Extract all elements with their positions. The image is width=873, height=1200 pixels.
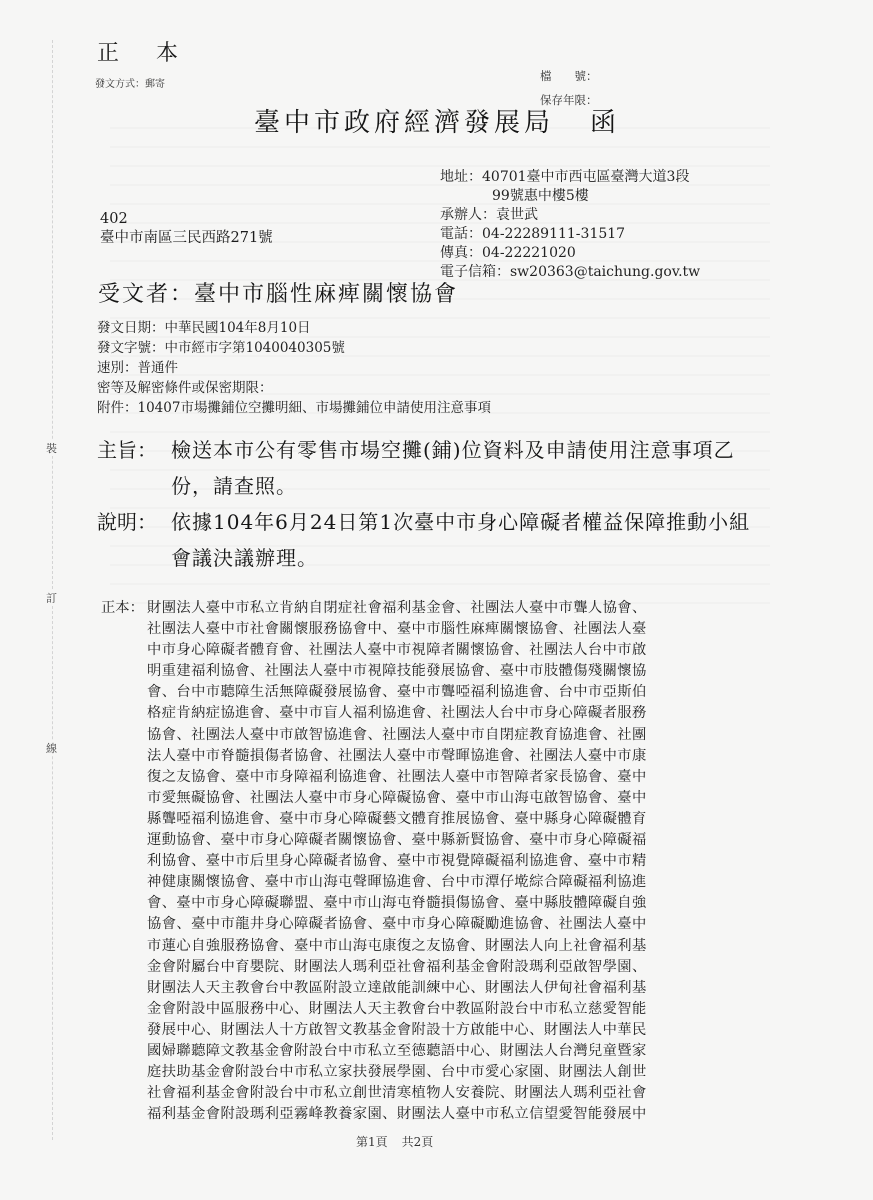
- binding-char-xian: 線: [46, 740, 57, 756]
- street-address: 臺中市南區三民西路271號: [100, 229, 273, 248]
- cc-line: 會、臺中市身心障礙聯盟、臺中市山海屯脊髓損傷協會、臺中縣肢體障礙自強: [147, 893, 647, 914]
- subject-paragraph: 主旨： 檢送本市公有零售市場空攤(鋪)位資料及申請使用注意事項乙份，請查照。: [97, 432, 771, 504]
- cc-line: 市愛無礙協會、社團法人臺中市身心障礙協會、臺中市山海屯啟智協會、臺中: [147, 788, 647, 809]
- recipient: 受文者：臺中市腦性麻痺關懷協會: [98, 277, 458, 308]
- cc-line: 金會附設中區服務中心、財團法人天主教會台中教區附設台中市私立慈愛智能: [147, 999, 647, 1020]
- cc-line: 社團法人臺中市社會關懷服務協會中、臺中市腦性麻痺關懷協會、社團法人臺: [147, 619, 647, 640]
- document-number: 發文字號：中市經市字第1040040305號: [97, 338, 491, 358]
- cc-line: 福利基金會附設瑪利亞霧峰教養家園、財團法人臺中市私立信望愛智能發展中: [147, 1104, 647, 1125]
- cc-line: 社會福利基金會附設台中市私立創世清寒植物人安養院、財團法人瑪利亞社會: [147, 1083, 647, 1104]
- subject-text: 檢送本市公有零售市場空攤(鋪)位資料及申請使用注意事項乙份，請查照。: [171, 432, 771, 504]
- cc-recipients: 正本： 財團法人臺中市私立肯納自閉症社會福利基金會、社團法人臺中市聾人協會、 社…: [101, 598, 647, 1125]
- total-pages: 共2頁: [402, 1135, 434, 1149]
- explanation-paragraph: 說明： 依據104年6月24日第1次臺中市身心障礙者權益保障推動小組會議決議辦理…: [97, 504, 771, 576]
- cc-line: 法人臺中市脊髓損傷者協會、社團法人臺中市聲暉協進會、社團法人臺中市康: [147, 746, 647, 767]
- cc-line: 利協會、臺中市后里身心障礙者協會、臺中市視覺障礙福利協進會、臺中市精: [147, 851, 647, 872]
- agency-name: 臺中市政府經濟發展局: [254, 108, 554, 138]
- send-method: 發文方式：郵寄: [95, 75, 165, 90]
- copy-type: 正本: [97, 36, 179, 67]
- cc-line: 發展中心、財團法人十方啟智文教基金會附設十方啟能中心、財團法人中華民: [147, 1020, 647, 1041]
- cc-line: 復之友協會、臺中市身障福利協進會、社團法人臺中市智障者家長協會、臺中: [147, 767, 647, 788]
- official-letter-page: 裝 訂 線 正本 發文方式：郵寄 檔 號： 保存年限： 臺中市政府經濟發展局函 …: [0, 0, 873, 1200]
- address-line-2: 99號惠中樓5樓: [440, 187, 700, 206]
- contact-block: 地址：40701臺中市西屯區臺灣大道3段 99號惠中樓5樓 承辦人：袁世武 電話…: [440, 168, 700, 282]
- cc-line: 明重建福利協會、社團法人臺中市視障技能發展協會、臺中市肢體傷殘關懷協: [147, 661, 647, 682]
- fax: 傳真：04-22221020: [440, 244, 700, 263]
- email: 電子信箱：sw20363@taichung.gov.tw: [440, 263, 700, 282]
- cc-line: 格症肯納症協進會、臺中市盲人福利協進會、社團法人台中市身心障礙者服務: [147, 703, 647, 724]
- cc-line: 財團法人天主教會台中教區附設立達啟能訓練中心、財團法人伊甸社會福利基: [147, 978, 647, 999]
- cc-line: 縣聾啞福利協進會、臺中市身心障礙藝文體育推展協會、臺中縣身心障礙體育: [147, 809, 647, 830]
- cc-line: 運動協會、臺中市身心障礙者關懷協會、臺中縣新賢協會、臺中市身心障礙福: [147, 830, 647, 851]
- attachments: 附件：10407市場攤鋪位空攤明細、市場攤鋪位申請使用注意事項: [97, 398, 491, 418]
- cc-line: 金會附屬台中育嬰院、財團法人瑪利亞社會福利基金會附設瑪利亞啟智學園、: [147, 957, 647, 978]
- page-number: 第1頁共2頁: [356, 1133, 433, 1150]
- document-title: 臺中市政府經濟發展局函: [254, 102, 620, 139]
- cc-line: 財團法人臺中市私立肯納自閉症社會福利基金會、社團法人臺中市聾人協會、: [147, 598, 647, 619]
- delivery-speed: 速別：普通件: [97, 358, 491, 378]
- cc-line: 會、台中市聽障生活無障礙發展協會、臺中市聾啞福利協進會、台中市亞斯伯: [147, 682, 647, 703]
- cc-line: 協會、社團法人臺中市啟智協進會、社團法人臺中市自閉症教育協進會、社團: [147, 725, 647, 746]
- postal-code: 402: [100, 210, 273, 229]
- explanation-label: 說明：: [97, 504, 171, 576]
- letter-body: 主旨： 檢送本市公有零售市場空攤(鋪)位資料及申請使用注意事項乙份，請查照。 說…: [97, 432, 771, 576]
- cc-line: 國婦聯聽障文教基金會附設台中市私立至德聽語中心、財團法人台灣兒童暨家: [147, 1041, 647, 1062]
- cc-line: 庭扶助基金會附設台中市私立家扶發展學園、台中市愛心家園、財團法人創世: [147, 1062, 647, 1083]
- binding-char-zhuang: 裝: [46, 440, 57, 456]
- issue-date: 發文日期：中華民國104年8月10日: [97, 318, 491, 338]
- document-kind: 函: [590, 108, 620, 138]
- cc-label: 正本：: [101, 598, 147, 1125]
- copy-type-char-2: 本: [156, 36, 179, 67]
- phone: 電話：04-22289111-31517: [440, 225, 700, 244]
- subject-label: 主旨：: [97, 432, 171, 504]
- binding-char-ding: 訂: [46, 590, 57, 606]
- cc-line: 市蓮心自強服務協會、臺中市山海屯康復之友協會、財團法人向上社會福利基: [147, 936, 647, 957]
- recipient-address: 402 臺中市南區三民西路271號: [100, 210, 273, 248]
- cc-line: 中市身心障礙者體育會、社團法人臺中市視障者關懷協會、社團法人台中市啟: [147, 640, 647, 661]
- document-meta: 發文日期：中華民國104年8月10日 發文字號：中市經市字第1040040305…: [97, 318, 491, 418]
- explanation-text: 依據104年6月24日第1次臺中市身心障礙者權益保障推動小組會議決議辦理。: [171, 504, 771, 576]
- cc-list: 財團法人臺中市私立肯納自閉症社會福利基金會、社團法人臺中市聾人協會、 社團法人臺…: [147, 598, 647, 1125]
- current-page: 第1頁: [356, 1135, 388, 1149]
- handler: 承辦人：袁世武: [440, 206, 700, 225]
- file-number: 檔 號：: [540, 64, 598, 88]
- copy-type-char-1: 正: [97, 36, 120, 67]
- cc-line: 協會、臺中市龍井身心障礙者協會、臺中市身心障礙勵進協會、社團法人臺中: [147, 914, 647, 935]
- confidentiality: 密等及解密條件或保密期限：: [97, 378, 491, 398]
- address-line-1: 地址：40701臺中市西屯區臺灣大道3段: [440, 168, 700, 187]
- cc-line: 神健康關懷協會、臺中市山海屯聲暉協進會、台中市潭仔墘綜合障礙福利協進: [147, 872, 647, 893]
